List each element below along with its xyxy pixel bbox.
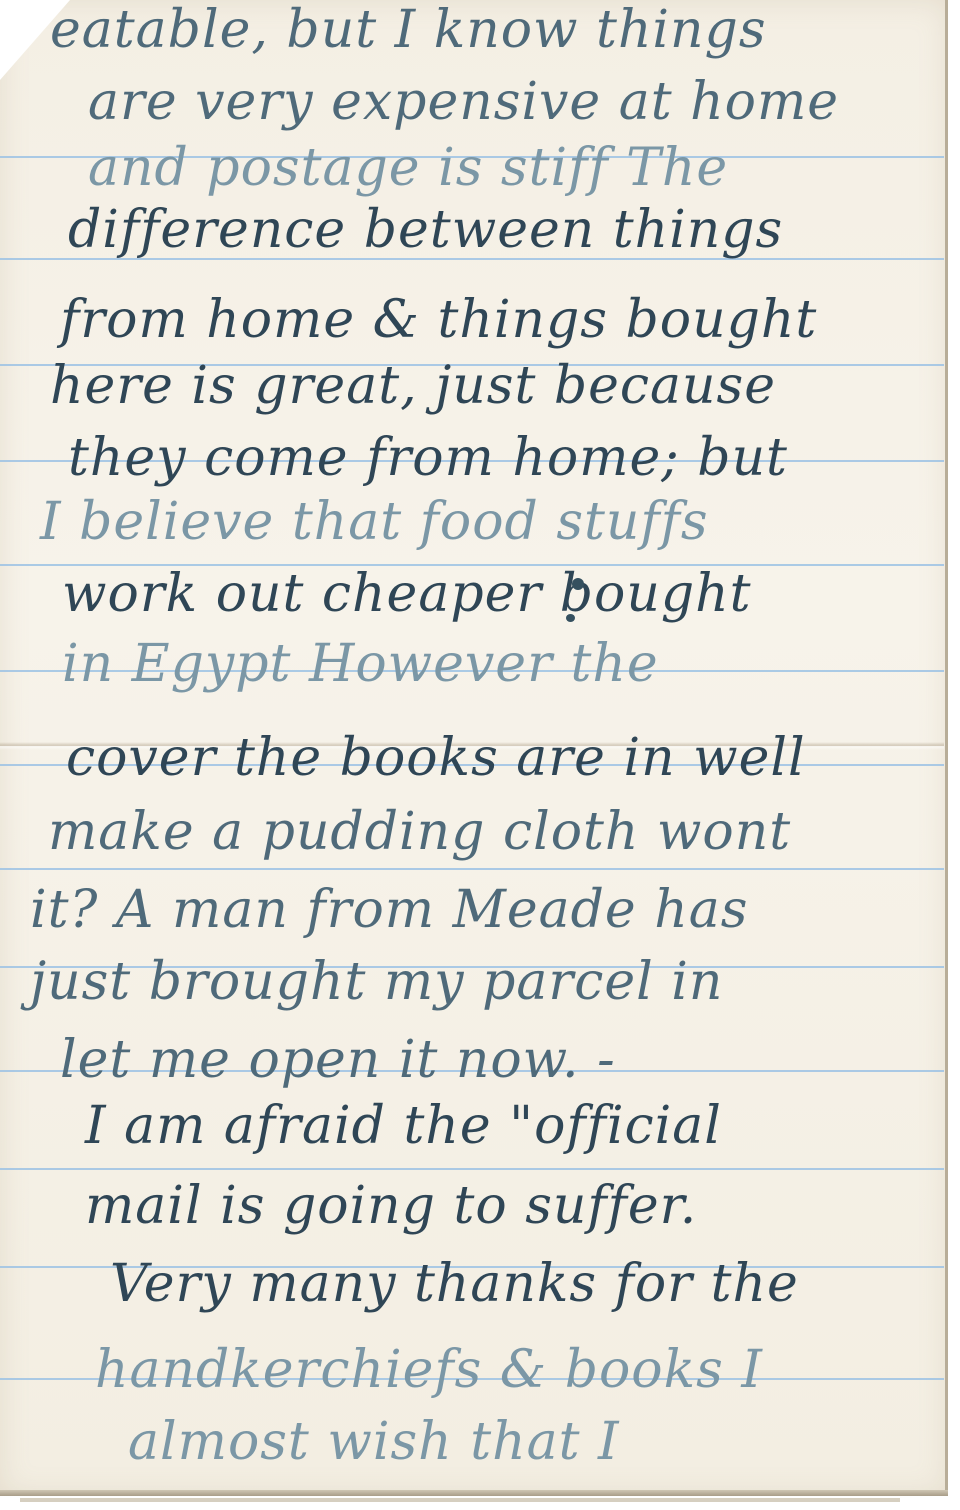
ink-blot xyxy=(566,614,575,622)
text-line: Very many thanks for the xyxy=(0,1254,960,1314)
text-line: let me open it now. - xyxy=(0,1030,960,1090)
text-line: just brought my parcel in xyxy=(0,952,960,1012)
text-line: here is great, just because xyxy=(0,356,960,416)
text-line: it? A man from Meade has xyxy=(0,880,960,940)
text-line: and postage is stiff The xyxy=(0,138,960,198)
ruled-line xyxy=(0,868,944,870)
text-line: eatable, but I know things xyxy=(0,0,960,60)
text-line: I am afraid the "official xyxy=(0,1096,960,1156)
text-line: mail is going to suffer. xyxy=(0,1176,960,1236)
text-line: from home & things bought xyxy=(0,290,960,350)
text-line: almost wish that I xyxy=(0,1412,960,1472)
text-line: work out cheaper bought xyxy=(0,564,960,624)
text-line: make a pudding cloth wont xyxy=(0,802,960,862)
ink-blot xyxy=(572,578,584,590)
text-line: difference between things xyxy=(0,200,960,260)
text-line: I believe that food stuffs xyxy=(0,492,960,552)
underlying-page-edge xyxy=(20,1498,900,1502)
page-edge-bottom xyxy=(0,1490,948,1496)
text-line: cover the books are in well xyxy=(0,728,960,788)
ruled-line xyxy=(0,1168,944,1170)
text-line: are very expensive at home xyxy=(0,72,960,132)
text-line: handkerchiefs & books I xyxy=(0,1340,960,1400)
text-line: they come from home; but xyxy=(0,428,960,488)
text-line: in Egypt However the xyxy=(0,634,960,694)
